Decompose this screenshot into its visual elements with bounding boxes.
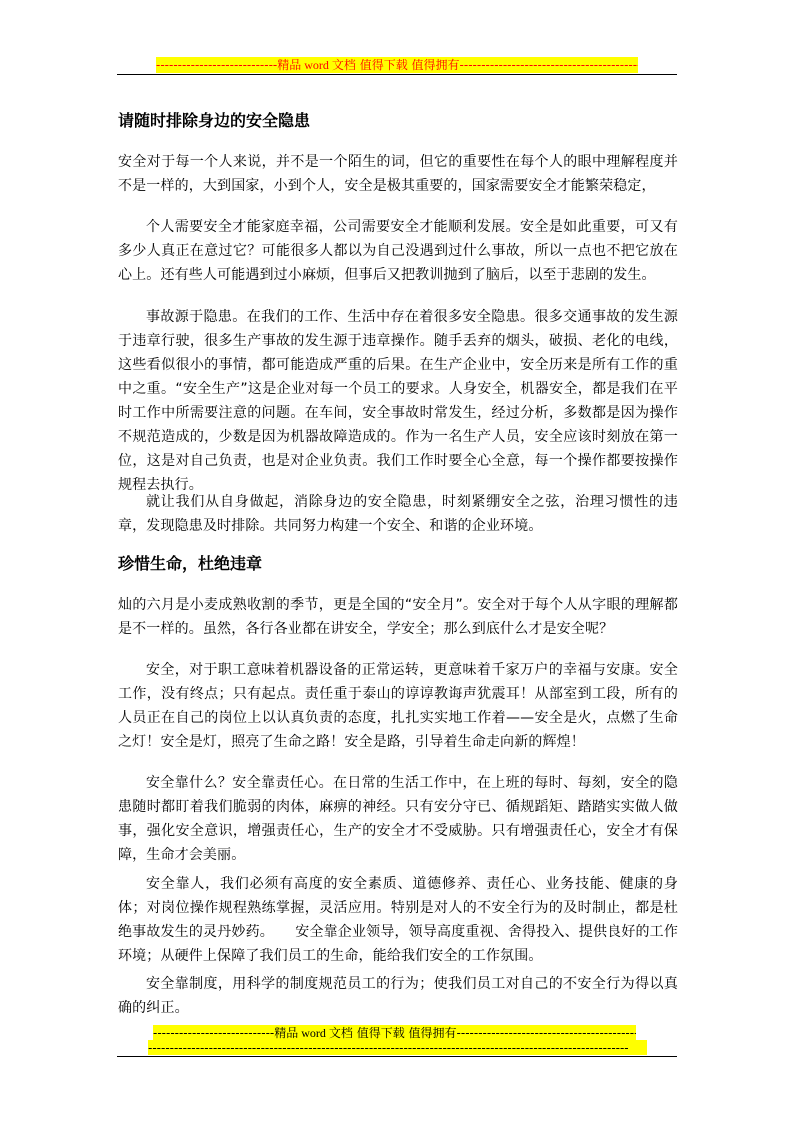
header-watermark-banner: ----------------------------精品word文档 值得下… — [156, 57, 638, 73]
paragraph: 安全，对于职工意味着机器设备的正常运转，更意味着千家万户的幸福与安康。安全工作，… — [118, 658, 678, 754]
header-banner-suffix: 文档 值得下载 值得拥有----------------------------… — [332, 58, 638, 72]
footer-banner-word: word — [300, 1026, 327, 1040]
footer-banner-prefix: ----------------------------精品 — [153, 1026, 298, 1040]
paragraph: 个人需要安全才能家庭幸福，公司需要安全才能顺利发展。安全是如此重要，可又有多少人… — [118, 215, 678, 287]
paragraph: 安全靠制度，用科学的制度规范员工的行为；使我们员工对自己的不安全行为得以真确的纠… — [118, 972, 678, 1020]
footer-banner-suffix: 文档 值得下载 值得拥有----------------------------… — [329, 1026, 636, 1040]
paragraph: 安全靠什么？安全靠责任心。在日常的生活工作中，在上班的每时、每刻，安全的隐患随时… — [118, 771, 678, 867]
header-banner-prefix: ----------------------------精品 — [156, 58, 301, 72]
paragraph: 灿的六月是小麦成熟收割的季节，更是全国的“安全月”。安全对于每个人从字眼的理解都… — [118, 593, 678, 641]
header-banner-word: word — [303, 58, 330, 72]
paragraph: 就让我们从自身做起，消除身边的安全隐患，时刻紧绷安全之弦，治理习惯性的违章，发现… — [118, 490, 678, 538]
section-title-2: 珍惜生命，杜绝违章 — [118, 551, 262, 577]
paragraph: 安全靠人，我们必须有高度的安全素质、道德修养、责任心、业务技能、健康的身体；对岗… — [118, 872, 678, 968]
header-divider — [117, 74, 677, 75]
footer-dash-line: ----------------------------------------… — [148, 1040, 647, 1055]
paragraph: 事故源于隐患。在我们的工作、生活中存在着很多安全隐患。很多交通事故的发生源于违章… — [118, 305, 678, 497]
section-title-1: 请随时排除身边的安全隐患 — [118, 108, 310, 134]
paragraph: 安全对于每一个人来说，并不是一个陌生的词，但它的重要性在每个人的眼中理解程度并不… — [118, 150, 678, 198]
footer-divider — [117, 1056, 677, 1057]
footer-watermark-banner: ----------------------------精品word文档 值得下… — [153, 1025, 636, 1040]
